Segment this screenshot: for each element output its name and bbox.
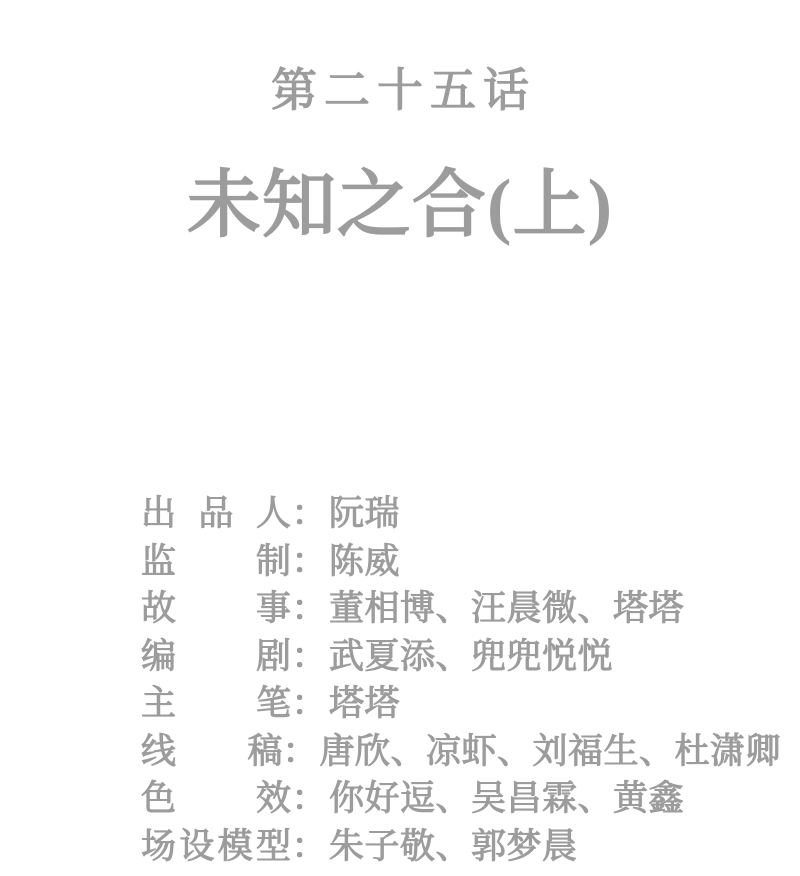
- credit-row: 故事 ： 董相博、汪晨微、塔塔: [141, 585, 781, 633]
- credit-colon: ：: [291, 585, 327, 633]
- credit-names: 阮瑞: [327, 490, 400, 538]
- credit-names: 你好逗、吴昌霖、黄鑫: [327, 775, 684, 823]
- credit-names: 唐欣、凉虾、刘福生、杜潇卿: [317, 728, 781, 776]
- credit-names: 武夏添、兜兜悦悦: [327, 633, 613, 681]
- credit-role-label: 色效: [141, 775, 291, 823]
- chapter-title: 未知之合(上): [0, 164, 800, 248]
- credit-row: 监制 ： 陈威: [141, 538, 781, 586]
- credit-colon: ：: [291, 775, 327, 823]
- credit-row: 色效 ： 你好逗、吴昌霖、黄鑫: [141, 775, 781, 823]
- credit-row: 出品人 ： 阮瑞: [141, 490, 781, 538]
- credit-names: 朱子敬、郭梦晨: [327, 823, 578, 871]
- credit-row: 编剧 ： 武夏添、兜兜悦悦: [141, 633, 781, 681]
- credit-colon: ：: [291, 823, 327, 871]
- credit-colon: ：: [291, 538, 327, 586]
- credit-names: 董相博、汪晨微、塔塔: [327, 585, 684, 633]
- credit-row: 场设模型 ： 朱子敬、郭梦晨: [141, 823, 781, 871]
- credit-role-label: 监制: [141, 538, 291, 586]
- credit-role-label: 编剧: [141, 633, 291, 681]
- credit-role-label: 场设模型: [141, 823, 291, 871]
- credit-row: 主笔 ： 塔塔: [141, 680, 781, 728]
- credit-colon: ：: [291, 490, 327, 538]
- credit-row: 线稿 ： 唐欣、凉虾、刘福生、杜潇卿: [141, 728, 781, 776]
- credit-colon: ：: [291, 680, 327, 728]
- credit-names: 陈威: [327, 538, 400, 586]
- credit-colon: ：: [282, 728, 317, 776]
- credit-role-label: 故事: [141, 585, 291, 633]
- credit-role-label: 线稿: [141, 728, 282, 776]
- credit-names: 塔塔: [327, 680, 400, 728]
- credit-colon: ：: [291, 633, 327, 681]
- chapter-number-label: 第二十五话: [0, 64, 800, 118]
- credit-role-label: 主笔: [141, 680, 291, 728]
- credit-role-label: 出品人: [141, 490, 291, 538]
- credits-list: 出品人 ： 阮瑞 监制 ： 陈威 故事 ： 董相博、汪晨微、塔塔 编剧 ： 武夏…: [141, 490, 781, 870]
- title-page: 第二十五话 未知之合(上) 出品人 ： 阮瑞 监制 ： 陈威 故事 ： 董相博、…: [0, 0, 800, 876]
